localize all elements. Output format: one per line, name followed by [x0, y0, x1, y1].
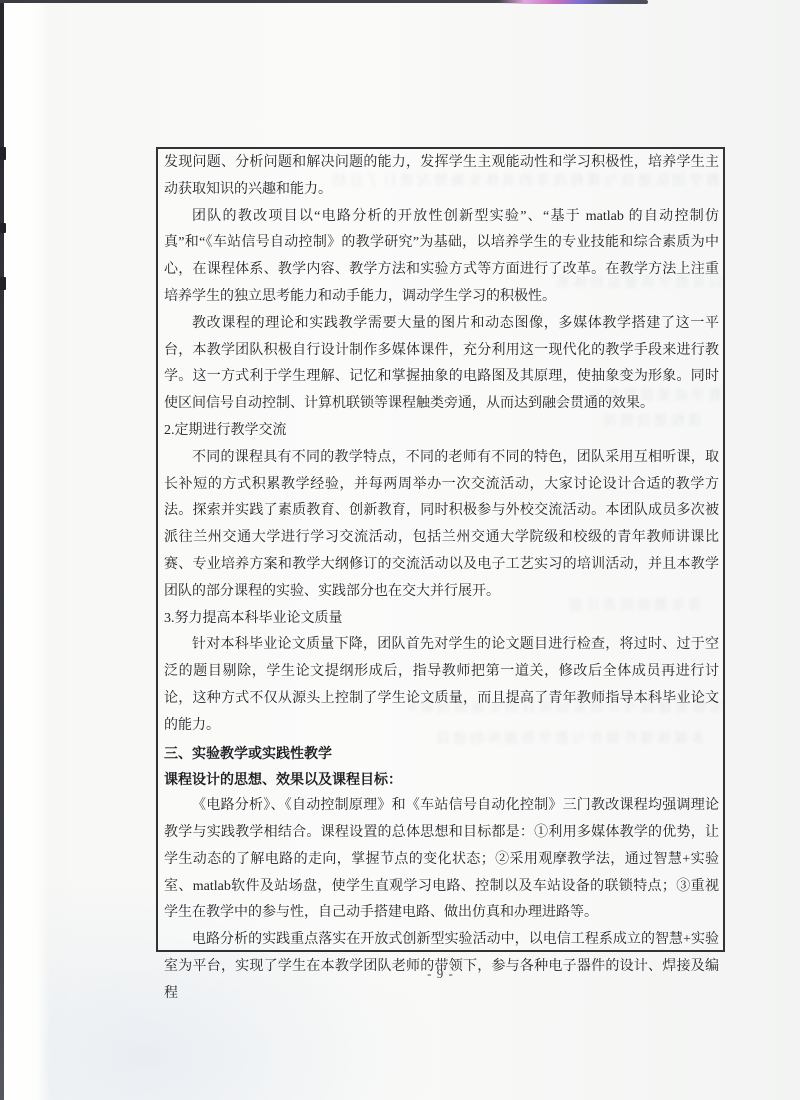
- paragraph: 《电路分析》、《自动控制原理》和《车站信号自动化控制》三门教改课程均强调理论教学…: [164, 793, 719, 927]
- paragraph: 不同的课程具有不同的教学特点，不同的老师有不同的特色，团队采用互相听课，取长补短…: [164, 445, 719, 606]
- paragraph: 2.定期进行教学交流: [164, 418, 719, 445]
- paragraph: 团队的教改项目以“电路分析的开放性创新型实验”、“基于 matlab 的自动控制…: [164, 204, 719, 311]
- scan-edge-mark: [0, 223, 6, 233]
- paragraph: 3.努力提高本科毕业论文质量: [164, 606, 719, 633]
- document-body: 发现问题、分析问题和解决问题的能力，发挥学生主观能动性和学习积极性，培养学生主动…: [158, 149, 723, 950]
- section-heading: 三、实验教学或实践性教学: [164, 740, 719, 767]
- paragraph: 针对本科毕业论文质量下降，团队首先对学生的论文题目进行检查，将过时、过于空泛的题…: [164, 632, 719, 739]
- paragraph: 教改课程的理论和实践教学需要大量的图片和动态图像，多媒体教学搭建了这一平台，本教…: [164, 311, 719, 418]
- scanned-page: 教学团队建设与课程改革的具体实施情况进行了总结以及教学质量监控体系教学成果获奖情…: [0, 0, 800, 1100]
- document-table-cell: 发现问题、分析问题和解决问题的能力，发挥学生主观能动性和学习积极性，培养学生主动…: [156, 147, 725, 952]
- scan-left-band: [4, 0, 50, 1100]
- section-heading: 课程设计的思想、效果以及课程目标：: [164, 766, 719, 793]
- page-number: - 9 -: [156, 966, 725, 982]
- scan-edge-mark: [0, 147, 6, 160]
- paragraph: 发现问题、分析问题和解决问题的能力，发挥学生主观能动性和学习积极性，培养学生主动…: [164, 150, 719, 204]
- pen-scribble-mark: [498, 0, 648, 4]
- scan-edge-mark: [0, 277, 6, 290]
